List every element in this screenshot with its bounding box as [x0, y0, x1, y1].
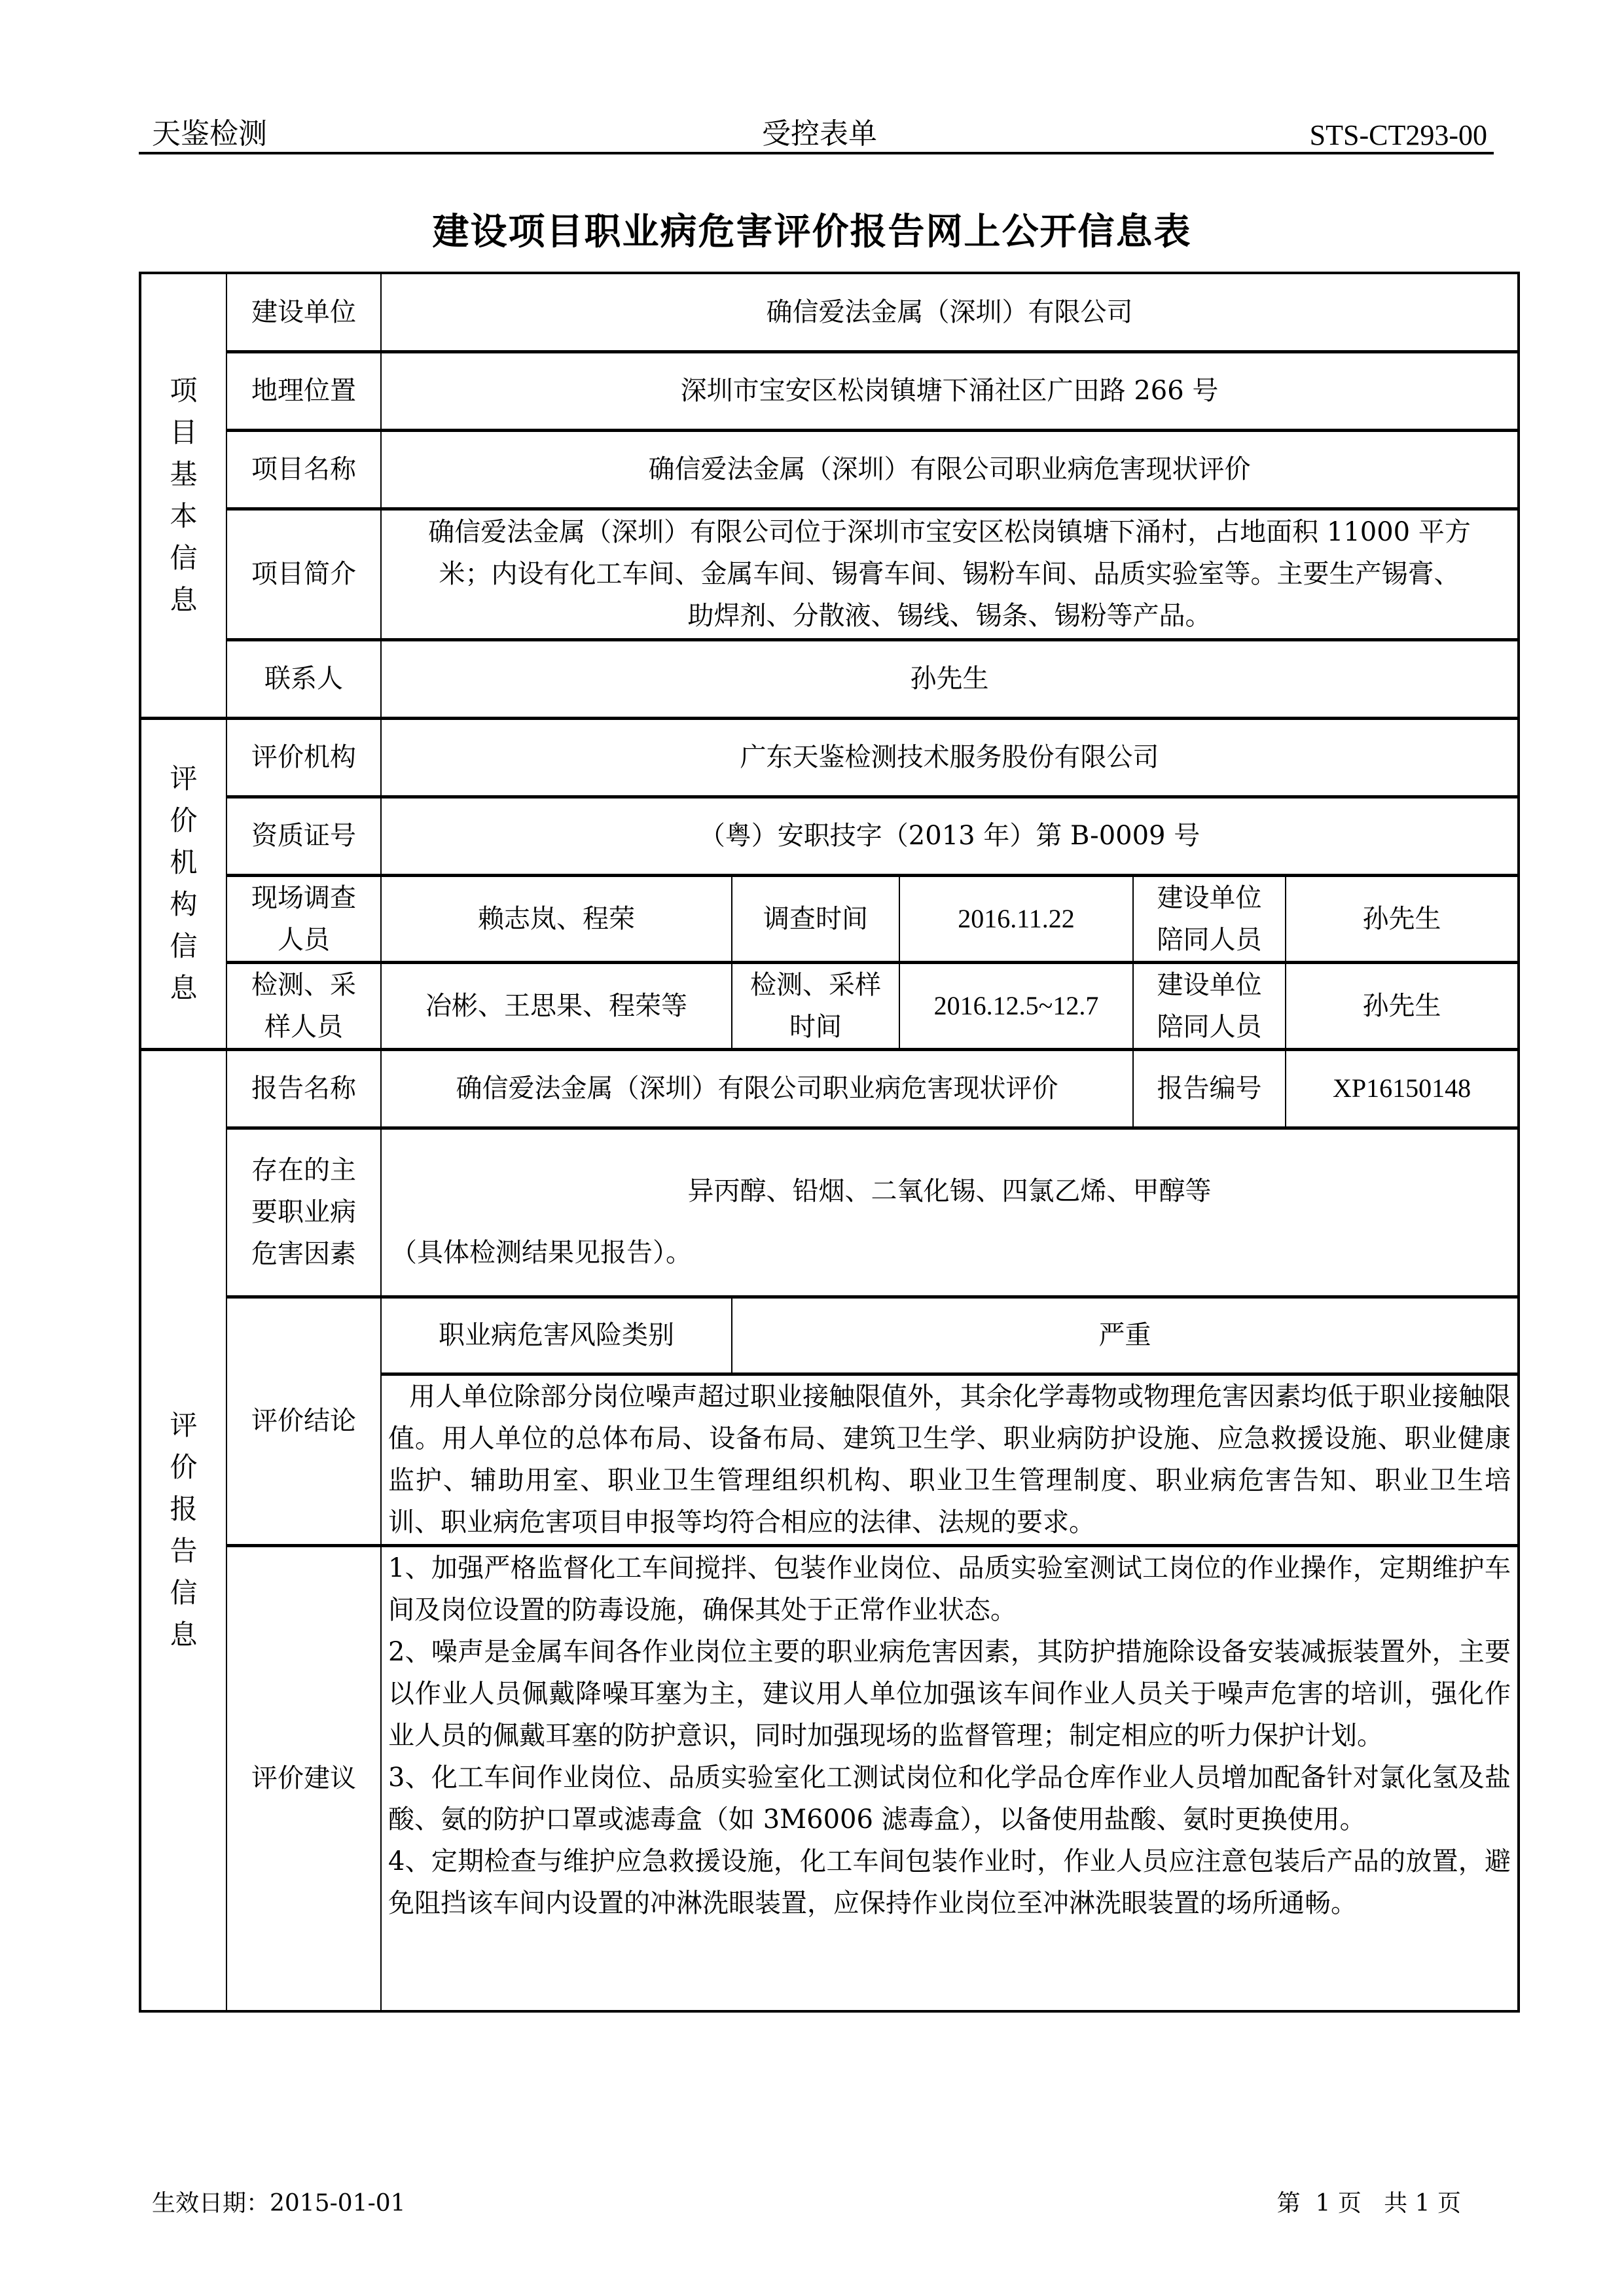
page-title: 建设项目职业病危害评价报告网上公开信息表 [0, 203, 1624, 255]
section-char: 息 [148, 579, 219, 621]
label-sampling-staff: 检测、采 样人员 [226, 962, 381, 1049]
label-sampling-time: 检测、采样 时间 [732, 962, 899, 1049]
value-conclusion: 用人单位除部分岗位噪声超过职业接触限值外，其余化学毒物或物理危害因素均低于职业接… [381, 1374, 1519, 1545]
suggestion-item: 4、定期检查与维护应急救援设施，化工车间包装作业时，作业人员应注意包装后产品的放… [388, 1840, 1511, 1924]
label-line: 陪同人员 [1140, 1006, 1278, 1048]
section-char: 评 [148, 758, 219, 800]
row-intro: 项目简介 确信爱法金属（深圳）有限公司位于深圳市宝安区松岗镇塘下涌村，占地面积 … [140, 509, 1519, 639]
value-contact: 孙先生 [381, 639, 1519, 718]
section-char: 告 [148, 1530, 219, 1572]
value-survey-accompany: 孙先生 [1286, 875, 1519, 962]
section-char: 信 [148, 537, 219, 579]
label-line: 现场调查 [234, 877, 374, 919]
value-suggestions: 1、加强严格监督化工车间搅拌、包装作业岗位、品质实验室测试工岗位的作业操作，定期… [381, 1545, 1519, 2011]
label-line: 要职业病 [234, 1191, 374, 1233]
section-char: 机 [148, 842, 219, 884]
section-char: 目 [148, 412, 219, 454]
section-label-report: 评 价 报 告 信 息 [140, 1049, 226, 2011]
label-report-name: 报告名称 [226, 1049, 381, 1128]
footer-page-info: 第 1 页 共 1 页 [1277, 2185, 1461, 2218]
value-construction-unit: 确信爱法金属（深圳）有限公司 [381, 273, 1519, 351]
value-sampling-accompany: 孙先生 [1286, 962, 1519, 1049]
value-project-name: 确信爱法金属（深圳）有限公司职业病危害现状评价 [381, 430, 1519, 509]
label-survey-time: 调查时间 [732, 875, 899, 962]
page-header: 天鉴检测 受控表单 STS-CT293-00 [152, 111, 1487, 157]
row-sampling: 检测、采 样人员 冶彬、王思果、程荣等 检测、采样 时间 2016.12.5~1… [140, 962, 1519, 1049]
footer-effective-date: 生效日期：2015-01-01 [152, 2185, 406, 2218]
label-survey-accompany: 建设单位 陪同人员 [1133, 875, 1286, 962]
section-label-agency: 评 价 机 构 信 息 [140, 718, 226, 1049]
label-line: 建设单位 [1140, 877, 1278, 919]
section-char: 价 [148, 1446, 219, 1488]
row-location: 地理位置 深圳市宝安区松岗镇塘下涌社区广田路 266 号 [140, 351, 1519, 430]
header-divider [139, 152, 1494, 154]
label-risk-category: 职业病危害风险类别 [381, 1297, 732, 1374]
row-suggestions: 评价建议 1、加强严格监督化工车间搅拌、包装作业岗位、品质实验室测试工岗位的作业… [140, 1545, 1519, 2011]
label-survey-staff: 现场调查 人员 [226, 875, 381, 962]
label-line: 存在的主 [234, 1149, 374, 1191]
value-sampling-staff: 冶彬、王思果、程荣等 [381, 962, 732, 1049]
suggestion-item: 3、化工车间作业岗位、品质实验室化工测试岗位和化学品仓库作业人员增加配备针对氯化… [388, 1757, 1511, 1840]
value-report-name: 确信爱法金属（深圳）有限公司职业病危害现状评价 [381, 1049, 1133, 1128]
value-report-number: XP16150148 [1286, 1049, 1519, 1128]
label-contact: 联系人 [226, 639, 381, 718]
header-form-type: 受控表单 [762, 110, 877, 152]
row-risk: 评价结论 职业病危害风险类别 严重 [140, 1297, 1519, 1374]
section-char: 信 [148, 925, 219, 967]
label-line: 建设单位 [1140, 964, 1278, 1006]
section-char: 息 [148, 1614, 219, 1656]
label-project-name: 项目名称 [226, 430, 381, 509]
label-qualification: 资质证号 [226, 797, 381, 875]
intro-line-3: 助焊剂、分散液、锡线、锡条、锡粉等产品。 [388, 595, 1511, 637]
section-char: 评 [148, 1405, 219, 1446]
header-company: 天鉴检测 [152, 110, 267, 152]
section-char: 息 [148, 967, 219, 1009]
section-char: 基 [148, 454, 219, 495]
section-char: 报 [148, 1488, 219, 1530]
value-risk-category: 严重 [732, 1297, 1519, 1374]
section-char: 项 [148, 370, 219, 412]
value-survey-staff: 赖志岚、程荣 [381, 875, 732, 962]
value-location: 深圳市宝安区松岗镇塘下涌社区广田路 266 号 [381, 351, 1519, 430]
label-hazards: 存在的主 要职业病 危害因素 [226, 1128, 381, 1297]
label-line: 陪同人员 [1140, 919, 1278, 961]
intro-line-1: 确信爱法金属（深圳）有限公司位于深圳市宝安区松岗镇塘下涌村，占地面积 11000… [388, 511, 1511, 553]
row-report-name: 评 价 报 告 信 息 报告名称 确信爱法金属（深圳）有限公司职业病危害现状评价… [140, 1049, 1519, 1128]
label-report-number: 报告编号 [1133, 1049, 1286, 1128]
info-table: 项 目 基 本 信 息 建设单位 确信爱法金属（深圳）有限公司 地理位置 深圳市… [139, 272, 1520, 2013]
label-sampling-accompany: 建设单位 陪同人员 [1133, 962, 1286, 1049]
label-conclusion: 评价结论 [226, 1297, 381, 1545]
header-form-code: STS-CT293-00 [1310, 118, 1487, 152]
row-qualification: 资质证号 （粤）安职技字（2013 年）第 B-0009 号 [140, 797, 1519, 875]
label-line: 时间 [739, 1006, 892, 1048]
section-char: 本 [148, 495, 219, 537]
row-construction-unit: 项 目 基 本 信 息 建设单位 确信爱法金属（深圳）有限公司 [140, 273, 1519, 351]
row-project-name: 项目名称 确信爱法金属（深圳）有限公司职业病危害现状评价 [140, 430, 1519, 509]
value-sampling-time: 2016.12.5~12.7 [899, 962, 1133, 1049]
label-location: 地理位置 [226, 351, 381, 430]
row-survey: 现场调查 人员 赖志岚、程荣 调查时间 2016.11.22 建设单位 陪同人员… [140, 875, 1519, 962]
label-line: 危害因素 [234, 1233, 374, 1275]
hazards-note: （具体检测结果见报告）。 [391, 1232, 1508, 1274]
section-char: 构 [148, 884, 219, 925]
label-intro: 项目简介 [226, 509, 381, 639]
row-hazards: 存在的主 要职业病 危害因素 异丙醇、铅烟、二氧化锡、四氯乙烯、甲醇等 （具体检… [140, 1128, 1519, 1297]
label-suggestions: 评价建议 [226, 1545, 381, 2011]
label-construction-unit: 建设单位 [226, 273, 381, 351]
value-intro: 确信爱法金属（深圳）有限公司位于深圳市宝安区松岗镇塘下涌村，占地面积 11000… [381, 509, 1519, 639]
value-qualification: （粤）安职技字（2013 年）第 B-0009 号 [381, 797, 1519, 875]
suggestion-item: 2、噪声是金属车间各作业岗位主要的职业病危害因素，其防护措施除设备安装减振装置外… [388, 1631, 1511, 1757]
row-contact: 联系人 孙先生 [140, 639, 1519, 718]
label-line: 人员 [234, 919, 374, 961]
section-char: 信 [148, 1572, 219, 1614]
label-line: 检测、采 [234, 964, 374, 1006]
value-agency: 广东天鉴检测技术服务股份有限公司 [381, 718, 1519, 797]
label-line: 检测、采样 [739, 964, 892, 1006]
section-label-project: 项 目 基 本 信 息 [140, 273, 226, 718]
label-agency: 评价机构 [226, 718, 381, 797]
section-char: 价 [148, 800, 219, 842]
intro-line-2: 米；内设有化工车间、金属车间、锡膏车间、锡粉车间、品质实验室等。主要生产锡膏、 [388, 553, 1511, 595]
row-agency: 评 价 机 构 信 息 评价机构 广东天鉴检测技术服务股份有限公司 [140, 718, 1519, 797]
value-hazards: 异丙醇、铅烟、二氧化锡、四氯乙烯、甲醇等 （具体检测结果见报告）。 [381, 1128, 1519, 1297]
value-survey-time: 2016.11.22 [899, 875, 1133, 962]
suggestion-item: 1、加强严格监督化工车间搅拌、包装作业岗位、品质实验室测试工岗位的作业操作，定期… [388, 1547, 1511, 1631]
hazards-list: 异丙醇、铅烟、二氧化锡、四氯乙烯、甲醇等 [391, 1170, 1508, 1212]
label-line: 样人员 [234, 1006, 374, 1048]
